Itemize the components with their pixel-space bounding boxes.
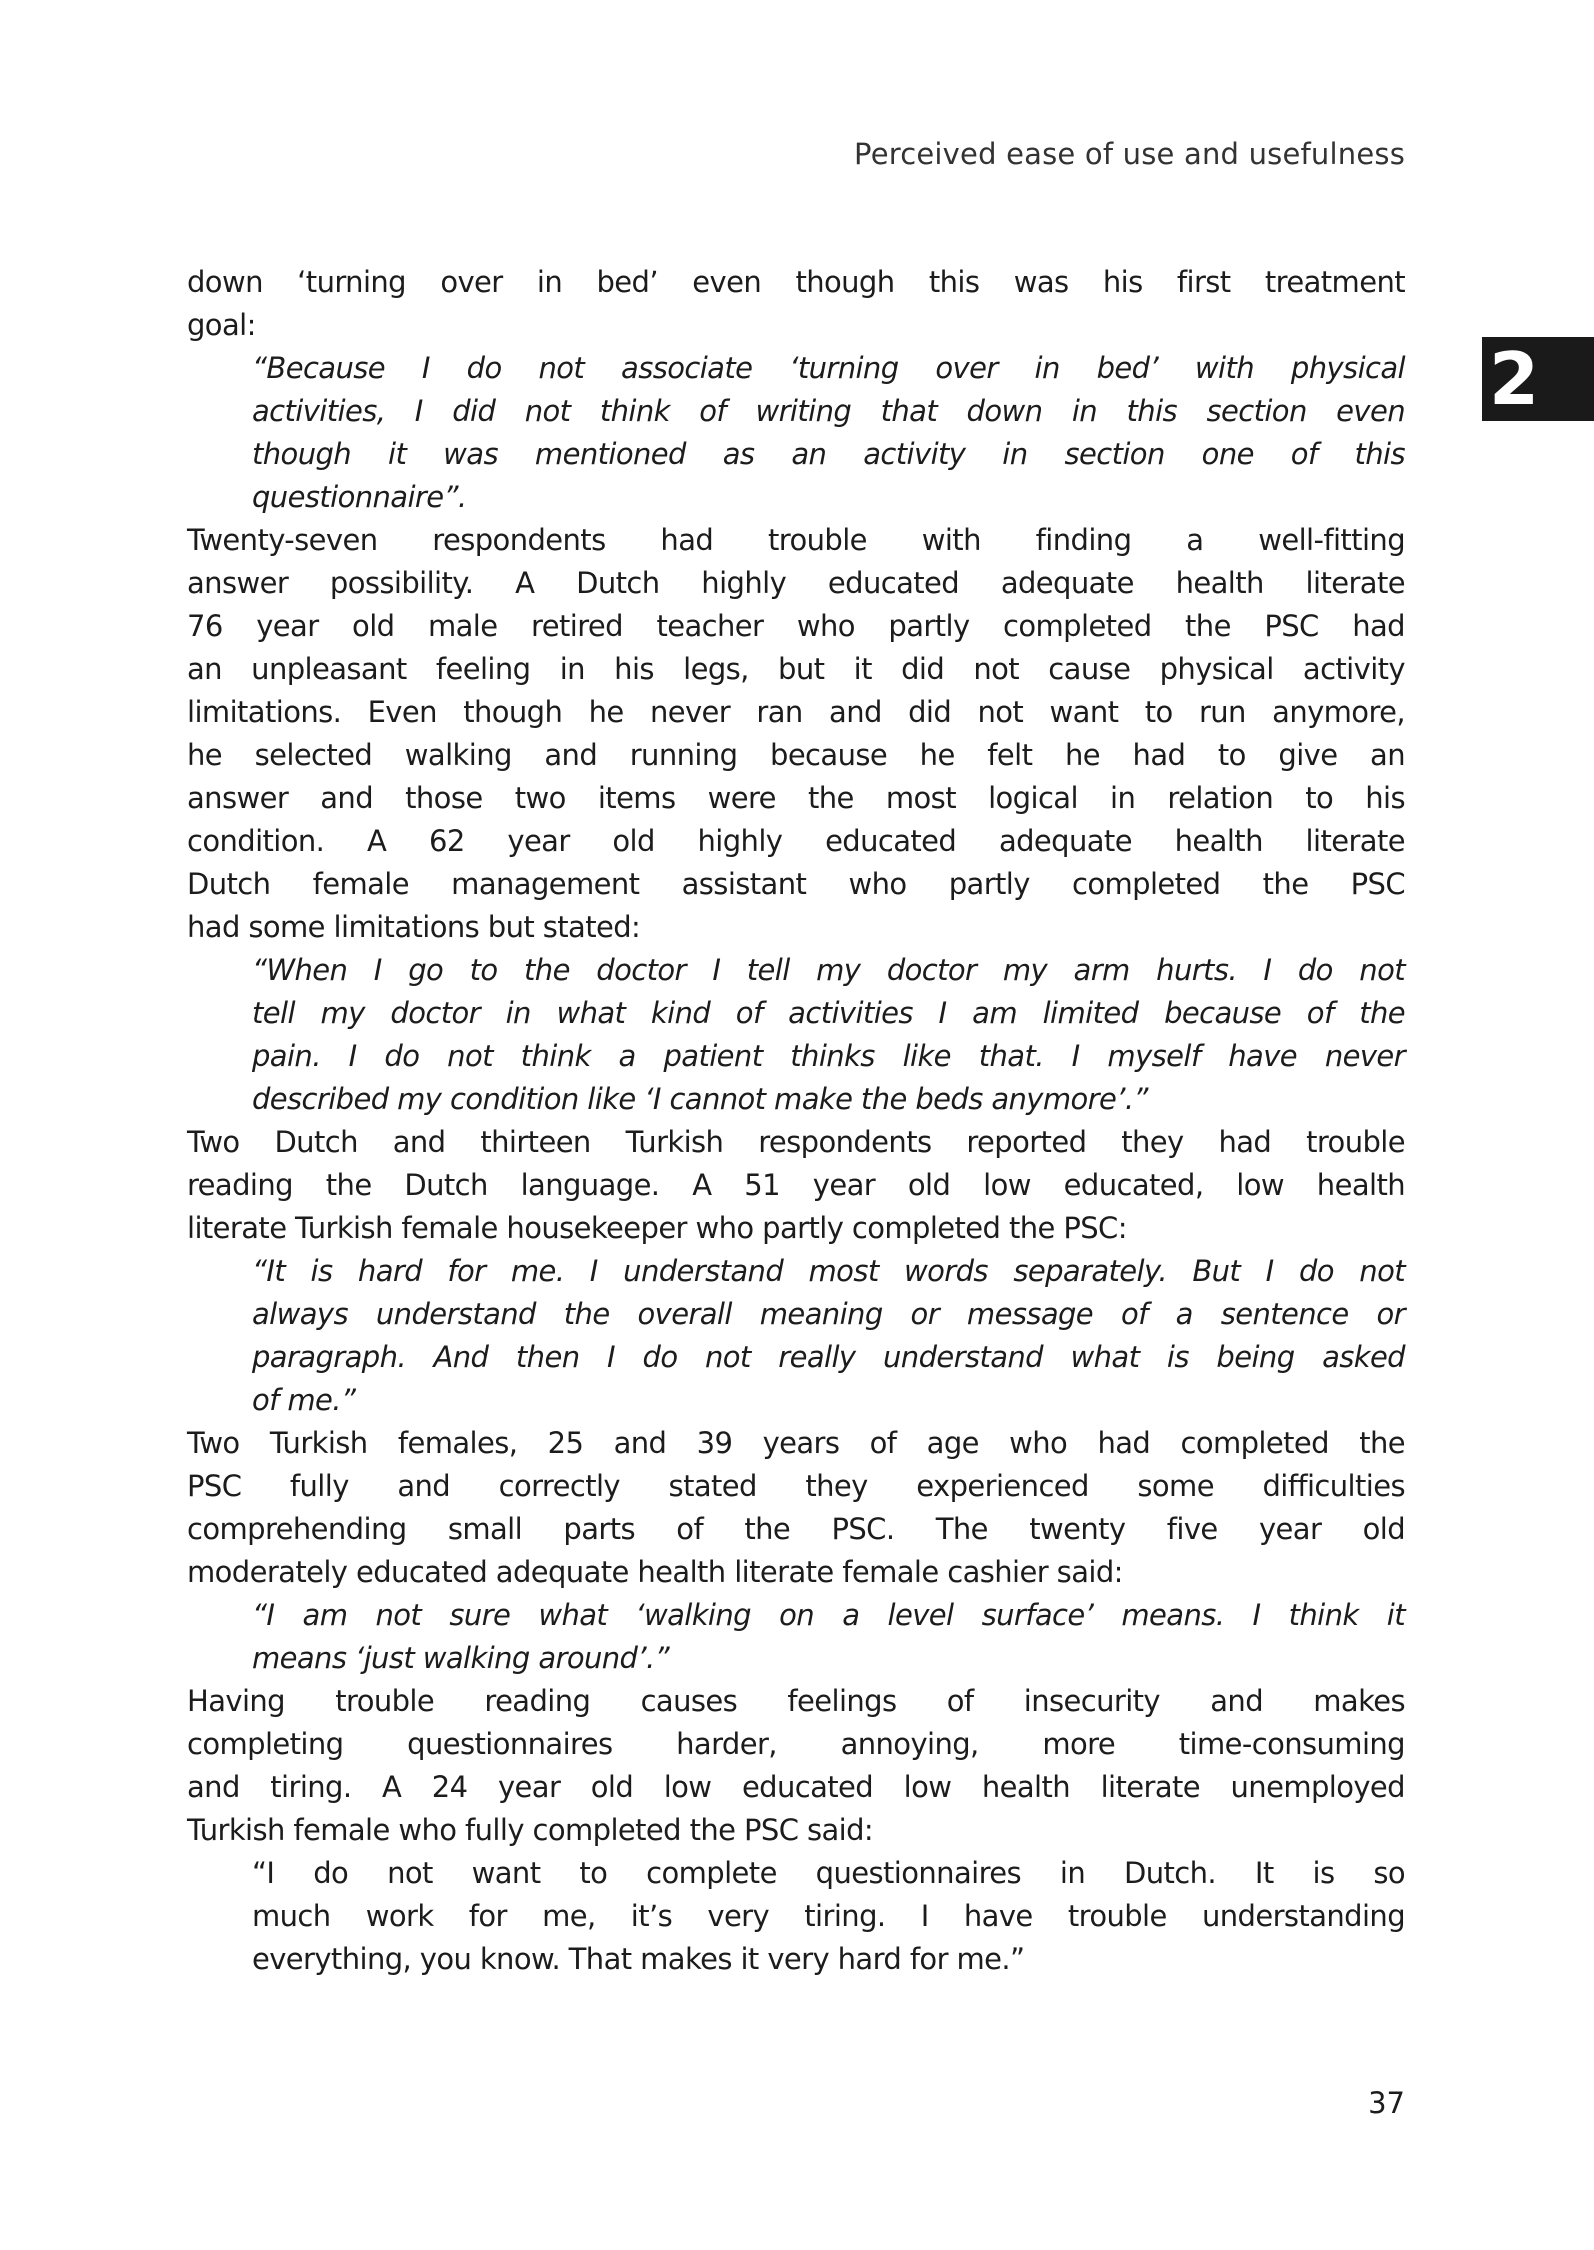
text-line: Turkish female who fully completed the P… (187, 1809, 1405, 1852)
paragraph: Having trouble reading causes feelings o… (187, 1680, 1405, 1852)
quote: “When I go to the doctor I tell my docto… (252, 949, 1405, 1121)
paragraph: Two Turkish females, 25 and 39 years of … (187, 1422, 1405, 1594)
paragraph: Two Dutch and thirteen Turkish responden… (187, 1121, 1405, 1250)
text-line: Having trouble reading causes feelings o… (187, 1680, 1405, 1723)
text-line: Two Turkish females, 25 and 39 years of … (187, 1422, 1405, 1465)
text-line: Two Dutch and thirteen Turkish responden… (187, 1121, 1405, 1164)
quote: “Because I do not associate ‘turning ove… (252, 347, 1405, 519)
text-line: Twenty-seven respondents had trouble wit… (187, 519, 1405, 562)
text-line: PSC fully and correctly stated they expe… (187, 1465, 1405, 1508)
text-line: “It is hard for me. I understand most wo… (252, 1250, 1405, 1293)
paragraph: down ‘turning over in bed’ even though t… (187, 261, 1405, 347)
text-line: completing questionnaires harder, annoyi… (187, 1723, 1405, 1766)
text-line: limitations. Even though he never ran an… (187, 691, 1405, 734)
chapter-tab: 2 (1482, 337, 1594, 421)
text-line: down ‘turning over in bed’ even though t… (187, 261, 1405, 304)
text-line: “I am not sure what ‘walking on a level … (252, 1594, 1405, 1637)
quote: “I do not want to complete questionnaire… (252, 1852, 1405, 1981)
text-line: 76 year old male retired teacher who par… (187, 605, 1405, 648)
page-number: 37 (1368, 2083, 1405, 2123)
text-line: and tiring. A 24 year old low educated l… (187, 1766, 1405, 1809)
text-line: questionnaire”. (252, 476, 1405, 519)
body-text: down ‘turning over in bed’ even though t… (187, 261, 1405, 1981)
text-line: of me.” (252, 1379, 1405, 1422)
text-line: moderately educated adequate health lite… (187, 1551, 1405, 1594)
text-line: activities, I did not think of writing t… (252, 390, 1405, 433)
quote: “It is hard for me. I understand most wo… (252, 1250, 1405, 1422)
text-line: much work for me, it’s very tiring. I ha… (252, 1895, 1405, 1938)
text-line: means ‘just walking around’.” (252, 1637, 1405, 1680)
text-line: described my condition like ‘I cannot ma… (252, 1078, 1405, 1121)
text-line: though it was mentioned as an activity i… (252, 433, 1405, 476)
text-line: “I do not want to complete questionnaire… (252, 1852, 1405, 1895)
text-line: tell my doctor in what kind of activitie… (252, 992, 1405, 1035)
text-line: everything, you know. That makes it very… (252, 1938, 1405, 1981)
running-header: Perceived ease of use and usefulness (854, 136, 1405, 172)
text-line: literate Turkish female housekeeper who … (187, 1207, 1405, 1250)
text-line: paragraph. And then I do not really unde… (252, 1336, 1405, 1379)
text-line: condition. A 62 year old highly educated… (187, 820, 1405, 863)
text-line: an unpleasant feeling in his legs, but i… (187, 648, 1405, 691)
paragraph: Twenty-seven respondents had trouble wit… (187, 519, 1405, 949)
text-line: goal: (187, 304, 1405, 347)
text-line: answer possibility. A Dutch highly educa… (187, 562, 1405, 605)
text-line: comprehending small parts of the PSC. Th… (187, 1508, 1405, 1551)
text-line: he selected walking and running because … (187, 734, 1405, 777)
quote: “I am not sure what ‘walking on a level … (252, 1594, 1405, 1680)
text-line: reading the Dutch language. A 51 year ol… (187, 1164, 1405, 1207)
text-line: “When I go to the doctor I tell my docto… (252, 949, 1405, 992)
text-line: had some limitations but stated: (187, 906, 1405, 949)
chapter-number: 2 (1489, 337, 1539, 421)
text-line: pain. I do not think a patient thinks li… (252, 1035, 1405, 1078)
text-line: “Because I do not associate ‘turning ove… (252, 347, 1405, 390)
text-line: answer and those two items were the most… (187, 777, 1405, 820)
text-line: Dutch female management assistant who pa… (187, 863, 1405, 906)
text-line: always understand the overall meaning or… (252, 1293, 1405, 1336)
